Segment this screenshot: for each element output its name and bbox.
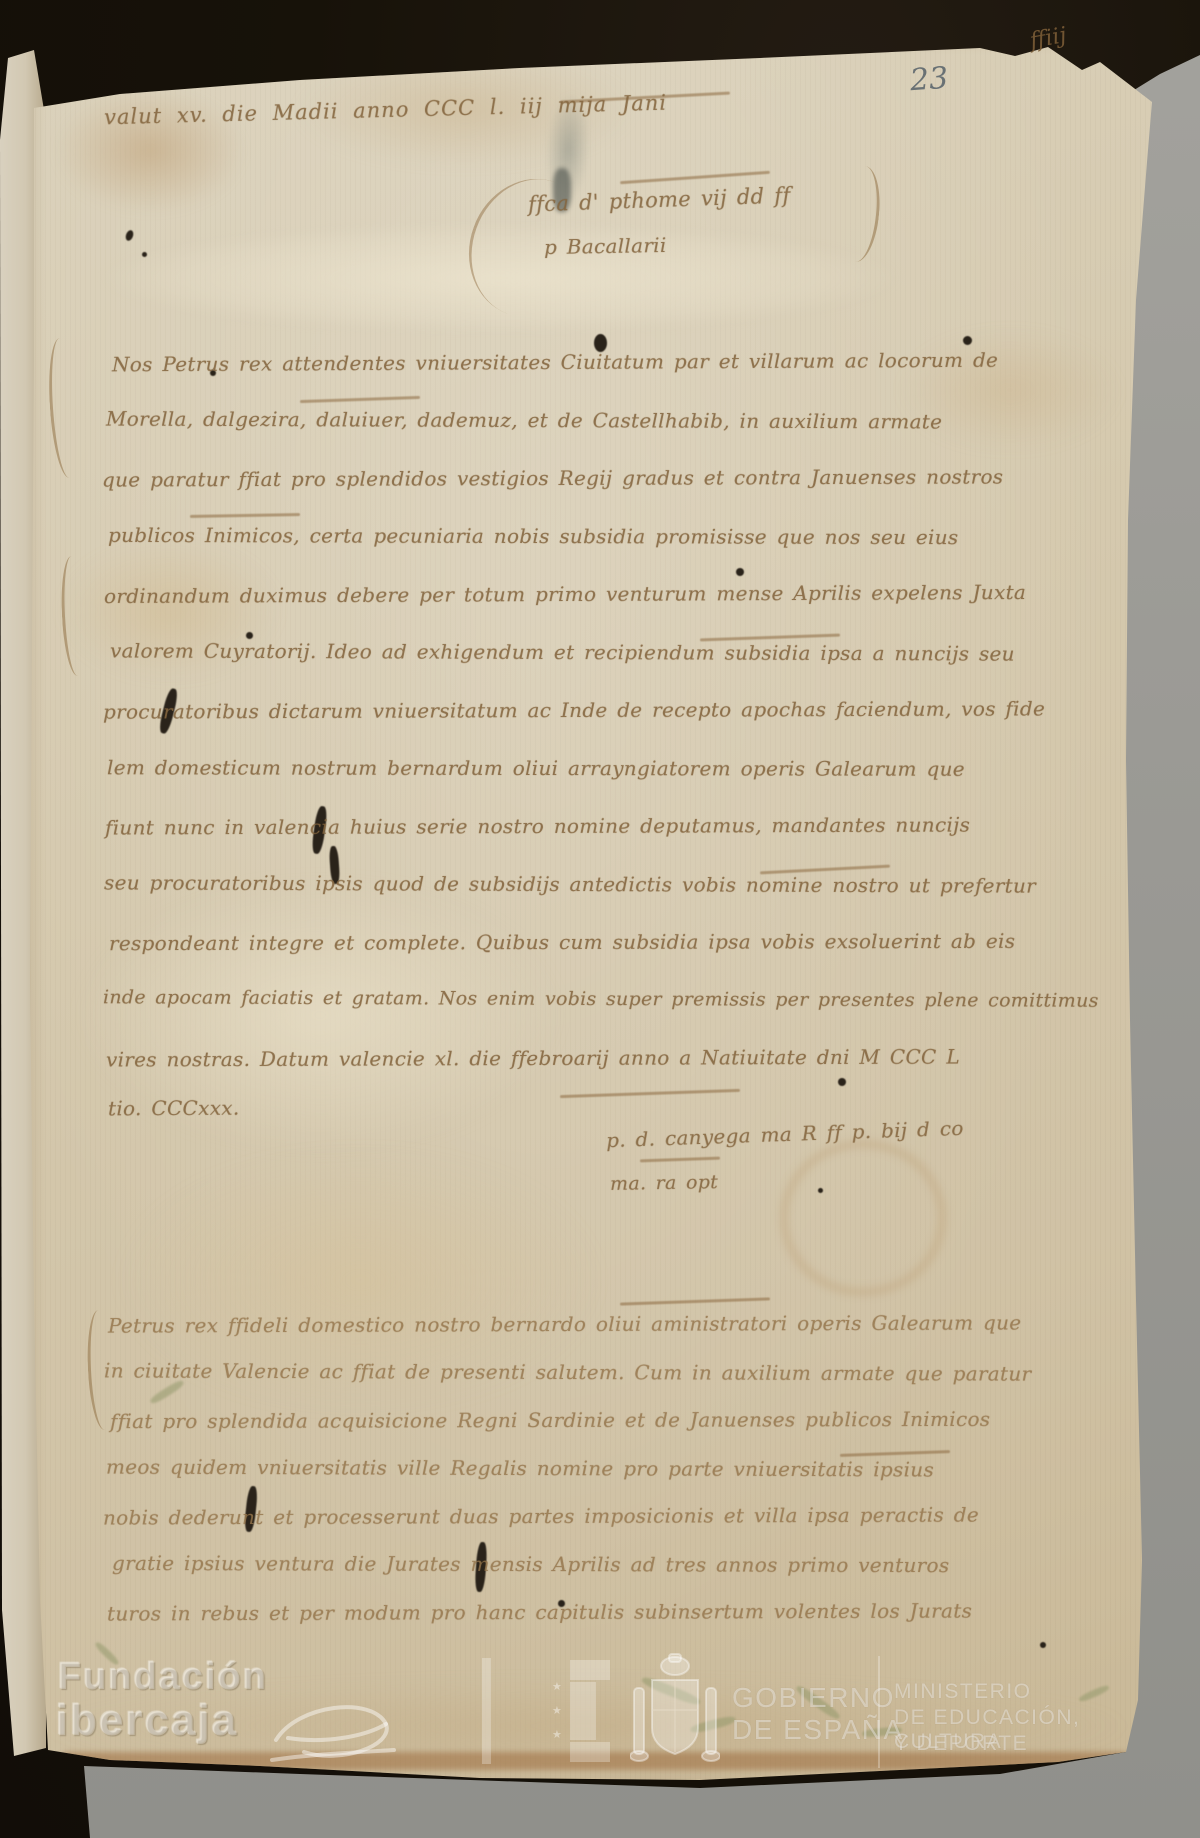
stain bbox=[780, 1140, 946, 1296]
folio-number: 23 bbox=[909, 61, 950, 99]
manuscript-line: procuratoribus dictarum vniuersitatum ac… bbox=[103, 696, 1045, 723]
pen-stroke bbox=[620, 1297, 770, 1305]
swan-icon bbox=[268, 1688, 398, 1768]
ministerio-text-line3: Y DEPORTE bbox=[894, 1732, 1028, 1756]
annotation-line: p Bacallarii bbox=[544, 233, 667, 259]
notary-line: ma. ra opt bbox=[610, 1171, 718, 1195]
manuscript-line: tio. CCCxxx. bbox=[108, 1096, 240, 1121]
flourish bbox=[45, 337, 84, 479]
manuscript-line: in ciuitate Valencie ac ffiat de present… bbox=[104, 1358, 1032, 1385]
manuscript-line: inde apocam faciatis et gratam. Nos enim… bbox=[103, 986, 1099, 1011]
flag-bar-icon bbox=[570, 1742, 610, 1762]
manuscript-line: gratie ipsius ventura die Jurates mensis… bbox=[112, 1551, 949, 1577]
old-folio-mark: ffiij bbox=[1028, 23, 1068, 54]
manuscript-line: ffiat pro splendida acquisicione Regni S… bbox=[110, 1407, 990, 1433]
manuscript-line: nobis dederunt et processerunt duas part… bbox=[103, 1502, 979, 1529]
star-icon: ★ bbox=[552, 1680, 562, 1693]
flourish bbox=[59, 555, 90, 676]
manuscript-line: vires nostras. Datum valencie xl. die ff… bbox=[106, 1045, 960, 1072]
fundacion-text: Fundación bbox=[58, 1656, 268, 1699]
flag-bar-icon bbox=[570, 1682, 596, 1740]
manuscript-line: ordinandum duximus debere per totum prim… bbox=[104, 580, 1026, 608]
manuscript-line: Nos Petrus rex attendentes vniuersitates… bbox=[112, 348, 998, 377]
ibercaja-text: ibercaja bbox=[56, 1696, 238, 1746]
manuscript-line: Morella, dalgezira, daluiuer, dademuz, e… bbox=[106, 407, 942, 434]
ink-speck bbox=[963, 336, 972, 345]
ink-speck bbox=[818, 1188, 823, 1193]
manuscript-line: seu procuratoribus ipsis quod de subsidi… bbox=[104, 870, 1036, 897]
manuscript-line: Petrus rex ffideli domestico nostro bern… bbox=[108, 1310, 1022, 1337]
manuscript-scan: 23 ffiij valut xv. die Madii anno CCC l.… bbox=[0, 0, 1200, 1838]
manuscript-line: publicos Inimicos, certa pecuniaria nobi… bbox=[108, 523, 959, 549]
manuscript-line: meos quidem vniuersitatis ville Regalis … bbox=[106, 1455, 934, 1482]
coat-of-arms-icon bbox=[630, 1652, 720, 1772]
watermark-divider bbox=[878, 1656, 880, 1768]
manuscript-line: valorem Cuyratorij. Ideo ad exhigendum e… bbox=[110, 638, 1015, 665]
ink-speck bbox=[838, 1078, 846, 1086]
manuscript-line: fiunt nunc in valencia huius serie nostr… bbox=[105, 812, 970, 839]
pen-stroke bbox=[560, 1089, 740, 1098]
ink-speck bbox=[736, 568, 744, 576]
manuscript-line: que paratur ffiat pro splendidos vestigi… bbox=[102, 464, 1003, 491]
pen-stroke bbox=[300, 396, 420, 403]
flourish bbox=[837, 164, 884, 263]
ink-speck bbox=[124, 229, 134, 242]
pen-stroke bbox=[840, 1450, 950, 1457]
ink-speck bbox=[142, 252, 147, 257]
frame-bracket-icon bbox=[482, 1658, 491, 1764]
manuscript-line: turos in rebus et per modum pro hanc cap… bbox=[107, 1598, 972, 1625]
gobierno-text-line1: GOBIERNO bbox=[732, 1682, 895, 1714]
star-icon: ★ bbox=[552, 1728, 562, 1741]
ink-speck bbox=[1040, 1642, 1046, 1648]
star-icon: ★ bbox=[552, 1704, 562, 1717]
pen-stroke bbox=[620, 171, 770, 184]
pen-stroke bbox=[190, 513, 300, 518]
government-watermark: ★ ★ ★ GOBIERNO DE ESPAÑA MINISTERIO D bbox=[480, 1652, 1190, 1776]
manuscript-line: lem domesticum nostrum bernardum oliui a… bbox=[107, 755, 965, 780]
flag-bar-icon bbox=[570, 1660, 610, 1680]
manuscript-line: respondeant integre et complete. Quibus … bbox=[109, 929, 1015, 955]
ministerio-text-line1: MINISTERIO bbox=[894, 1680, 1032, 1704]
pen-stroke bbox=[640, 1157, 720, 1163]
